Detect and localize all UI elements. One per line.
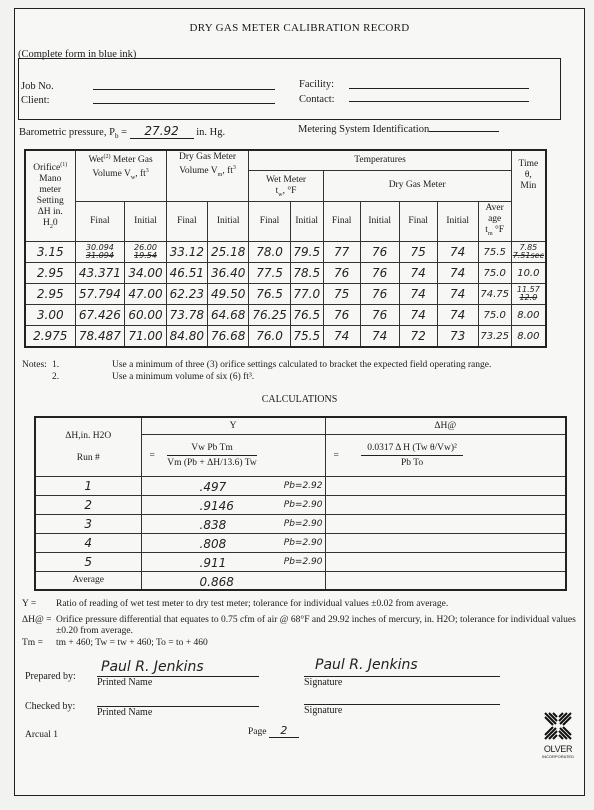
outlet-initial-cell[interactable]: 73 — [437, 326, 478, 347]
metering-system-field[interactable] — [429, 122, 499, 132]
inlet-final-cell[interactable]: 74 — [323, 326, 360, 347]
notes-label: Notes: — [22, 359, 52, 371]
y-value-cell[interactable]: .9146Pb=2.90 — [141, 495, 325, 514]
average-temp-cell[interactable]: 74.75 — [478, 284, 511, 305]
job-no-label: Job No. — [21, 81, 54, 92]
run-number-label: Run # — [36, 447, 141, 469]
y-value: .9146 — [200, 499, 234, 513]
outlet-final-cell[interactable]: 74 — [399, 305, 437, 326]
signature-caption: Signature — [304, 705, 342, 716]
run-number-cell: 2 — [35, 495, 141, 514]
metering-system-id: Metering System Identification — [298, 122, 499, 135]
delta-h-formula: = 0.0317 Δ H (Tw θ/Vw)²Pb To — [325, 434, 566, 476]
header-temperatures: Temperatures — [249, 150, 511, 170]
wet-temp-final-cell[interactable]: 76.25 — [249, 305, 290, 326]
equals-sign: = — [118, 127, 129, 138]
delta-h-label: ΔH,in. H2O — [36, 425, 141, 447]
wet-final-cell[interactable]: 67.426 — [75, 305, 125, 326]
definition-text: tm + 460; Tw = tw + 460; To = to + 460 — [56, 638, 208, 649]
delta-h-value-cell[interactable] — [325, 495, 566, 514]
header-dry-gas-meter-temp: Dry Gas Meter — [323, 170, 511, 202]
dry-final-cell[interactable]: 62.23 — [166, 284, 207, 305]
run-number-cell: 1 — [35, 476, 141, 495]
y-value: .497 — [200, 480, 227, 494]
header-wet-temp-final: Final — [249, 202, 290, 242]
header-wet-vol-initial: Initial — [125, 202, 166, 242]
y-value-cell[interactable]: .911Pb=2.90 — [141, 552, 325, 571]
header-wet-vol-final: Final — [75, 202, 125, 242]
y-value-cell[interactable]: .838Pb=2.90 — [141, 514, 325, 533]
orifice-cell[interactable]: 2.95 — [25, 284, 75, 305]
time-cell[interactable]: 8.00 — [511, 305, 546, 326]
struck-value: 12.0 — [513, 294, 544, 302]
dry-final-cell[interactable]: 46.51 — [166, 263, 207, 284]
orifice-cell[interactable]: 3.15 — [25, 242, 75, 263]
header-dry-meter-volume: Dry Gas MeterVolume Vm, ft3 — [166, 150, 249, 202]
logo-brand: OLVER — [538, 745, 578, 754]
inlet-final-cell[interactable]: 75 — [323, 284, 360, 305]
calc-row: 1 .497Pb=2.92 — [35, 476, 566, 495]
signature-caption: Signature — [304, 677, 342, 688]
equals-sign: = — [334, 450, 339, 460]
wet-final-cell[interactable]: 43.371 — [75, 263, 125, 284]
outlet-final-cell[interactable]: 72 — [399, 326, 437, 347]
pb-note: Pb=2.92 — [284, 481, 323, 491]
client-field[interactable] — [93, 103, 275, 104]
calc-row: 5 .911Pb=2.90 — [35, 552, 566, 571]
calc-average-row: Average 0.868 — [35, 571, 566, 590]
form-id: Arcual 1 — [25, 730, 58, 740]
definitions: Y =Ratio of reading of wet test meter to… — [22, 599, 584, 654]
wet-initial-cell[interactable]: 47.00 — [125, 284, 166, 305]
prepared-by-label: Prepared by: — [25, 671, 76, 682]
form-title: DRY GAS METER CALIBRATION RECORD — [15, 22, 584, 34]
average-y-cell[interactable]: 0.868 — [141, 571, 325, 590]
table-row: 3.00 67.426 60.00 73.78 64.68 76.25 76.5… — [25, 305, 546, 326]
y-formula-numerator: Vw Pb Tm — [167, 443, 257, 456]
time-cell[interactable]: 10.0 — [511, 263, 546, 284]
outlet-final-cell[interactable]: 74 — [399, 263, 437, 284]
header-time: Timeθ,Min — [511, 150, 546, 242]
outlet-initial-cell[interactable]: 74 — [437, 284, 478, 305]
wet-temp-final-cell[interactable]: 78.0 — [249, 242, 290, 263]
orifice-cell[interactable]: 2.95 — [25, 263, 75, 284]
inlet-final-cell[interactable]: 76 — [323, 263, 360, 284]
header-wet-meter-volume: Wet(2) Meter GasVolume Vw, ft3 — [75, 150, 166, 202]
notes-section: Notes:1.Use a minimum of three (3) orifi… — [22, 359, 491, 383]
delta-h-formula-numerator: 0.0317 Δ H (Tw θ/Vw)² — [361, 443, 463, 456]
y-formula-denominator: Vm (Pb + ΔH/13.6) Tw — [167, 456, 257, 468]
wet-temp-final-cell[interactable]: 76.5 — [249, 284, 290, 305]
average-temp-cell[interactable]: 75.0 — [478, 263, 511, 284]
printed-name-caption: Printed Name — [97, 707, 152, 718]
wet-final-cell[interactable]: 57.794 — [75, 284, 125, 305]
metering-system-label: Metering System Identification — [298, 124, 429, 135]
inlet-initial-cell[interactable]: 76 — [360, 284, 399, 305]
prepared-printed-name[interactable]: Paul R. Jenkins — [101, 659, 204, 675]
average-temp-cell[interactable]: 73.25 — [478, 326, 511, 347]
definition-text: Orifice pressure differential that equat… — [56, 615, 584, 637]
time-cell[interactable]: 7.857.51sec — [511, 242, 546, 263]
struck-value: 31.094 — [77, 252, 124, 260]
barometric-unit: in. Hg. — [196, 127, 225, 138]
inlet-initial-cell[interactable]: 76 — [360, 305, 399, 326]
wet-temp-final-cell[interactable]: 76.0 — [249, 326, 290, 347]
dry-initial-cell[interactable]: 64.68 — [208, 305, 249, 326]
wet-final-cell[interactable]: 78.487 — [75, 326, 125, 347]
header-dry-vol-initial: Initial — [208, 202, 249, 242]
time-cell[interactable]: 8.00 — [511, 326, 546, 347]
note-number: 2. — [52, 371, 112, 383]
note-text: Use a minimum of three (3) orifice setti… — [112, 360, 491, 370]
wet-initial-cell[interactable]: 71.00 — [125, 326, 166, 347]
inlet-final-cell[interactable]: 77 — [323, 242, 360, 263]
facility-field[interactable] — [349, 88, 529, 89]
header-inlet-initial: Initial — [360, 202, 399, 242]
y-formula: = Vw Pb TmVm (Pb + ΔH/13.6) Tw — [141, 434, 325, 476]
average-y-value: 0.868 — [200, 575, 234, 589]
inlet-initial-cell[interactable]: 74 — [360, 326, 399, 347]
outlet-initial-cell[interactable]: 74 — [437, 242, 478, 263]
wet-temp-initial-cell[interactable]: 76.5 — [290, 305, 323, 326]
header-dry-vol-final: Final — [166, 202, 207, 242]
header-orifice: Orifice(1)ManometerSettingΔH in.H20 — [25, 150, 75, 242]
barometric-label: Barometric pressure, P — [19, 127, 115, 138]
calibration-data-table: Orifice(1)ManometerSettingΔH in.H20 Wet(… — [24, 149, 547, 348]
pb-note: Pb=2.90 — [284, 519, 323, 529]
wet-final-cell[interactable]: 30.09431.094 — [75, 242, 125, 263]
note-text: Use a minimum volume of six (6) ft³. — [112, 372, 254, 382]
outlet-initial-cell[interactable]: 74 — [437, 263, 478, 284]
barometric-value[interactable]: 27.92 — [130, 124, 194, 139]
y-value: .911 — [200, 556, 227, 570]
header-run: ΔH,in. H2ORun # — [35, 417, 141, 476]
outlet-initial-cell[interactable]: 74 — [437, 305, 478, 326]
dry-final-cell[interactable]: 33.12 — [166, 242, 207, 263]
dry-initial-cell[interactable]: 36.40 — [208, 263, 249, 284]
definition-key: Tm = — [22, 638, 56, 649]
average-temp-cell[interactable]: 75.5 — [478, 242, 511, 263]
pb-note: Pb=2.90 — [284, 500, 323, 510]
header-inlet-final: Final — [323, 202, 360, 242]
calculations-title: CALCULATIONS — [15, 394, 584, 405]
time-cell[interactable]: 11.5712.0 — [511, 284, 546, 305]
inlet-initial-cell[interactable]: 76 — [360, 242, 399, 263]
wet-temp-initial-cell[interactable]: 78.5 — [290, 263, 323, 284]
olver-logo: OLVER INCORPORATED — [538, 712, 578, 759]
run-number-cell: 4 — [35, 533, 141, 552]
wet-initial-cell[interactable]: 60.00 — [125, 305, 166, 326]
delta-h-value-cell[interactable] — [325, 533, 566, 552]
run-number-cell: 5 — [35, 552, 141, 571]
contact-label: Contact: — [299, 94, 335, 105]
inlet-initial-cell[interactable]: 76 — [360, 263, 399, 284]
contact-field[interactable] — [349, 101, 529, 102]
outlet-final-cell[interactable]: 75 — [399, 242, 437, 263]
struck-value: 7.51sec — [513, 252, 544, 260]
delta-h-value-cell[interactable] — [325, 476, 566, 495]
delta-h-formula-denominator: Pb To — [361, 456, 463, 468]
header-y: Y — [141, 417, 325, 434]
run-number-cell: 3 — [35, 514, 141, 533]
y-value: .808 — [200, 537, 227, 551]
page-label: Page — [248, 727, 266, 737]
delta-h-value-cell[interactable] — [325, 514, 566, 533]
y-value-cell[interactable]: .808Pb=2.90 — [141, 533, 325, 552]
definition-key: Y = — [22, 599, 56, 610]
printed-name-caption: Printed Name — [97, 677, 152, 688]
calculations-table: ΔH,in. H2ORun # Y ΔH@ = Vw Pb TmVm (Pb +… — [34, 416, 567, 591]
note-number: 1. — [52, 359, 112, 371]
header-average: Averagetm °F — [478, 202, 511, 242]
calc-row: 4 .808Pb=2.90 — [35, 533, 566, 552]
header-wet-meter-temp: Wet Metertw, °F — [249, 170, 323, 202]
page-value[interactable]: 2 — [269, 724, 299, 738]
calibration-form: DRY GAS METER CALIBRATION RECORD (Comple… — [14, 8, 585, 796]
delta-h-value-cell[interactable] — [325, 552, 566, 571]
wet-temp-initial-cell[interactable]: 75.5 — [290, 326, 323, 347]
table-row: 2.95 57.794 47.00 62.23 49.50 76.5 77.0 … — [25, 284, 546, 305]
pb-note: Pb=2.90 — [284, 538, 323, 548]
job-info-box: Job No. Client: Facility: Contact: — [18, 58, 561, 120]
wet-temp-initial-cell[interactable]: 77.0 — [290, 284, 323, 305]
orifice-cell[interactable]: 2.975 — [25, 326, 75, 347]
inlet-final-cell[interactable]: 76 — [323, 305, 360, 326]
table-row: 3.15 30.09431.094 26.0019.54 33.12 25.18… — [25, 242, 546, 263]
header-outlet-initial: Initial — [437, 202, 478, 242]
barometric-pressure: Barometric pressure, Pb = 27.92 in. Hg. — [19, 124, 225, 140]
dry-initial-cell[interactable]: 25.18 — [208, 242, 249, 263]
calc-row: 3 .838Pb=2.90 — [35, 514, 566, 533]
wet-initial-cell[interactable]: 34.00 — [125, 263, 166, 284]
average-label: Average — [35, 571, 141, 590]
dry-initial-cell[interactable]: 76.68 — [208, 326, 249, 347]
orifice-cell[interactable]: 3.00 — [25, 305, 75, 326]
wet-initial-cell[interactable]: 26.0019.54 — [125, 242, 166, 263]
average-temp-cell[interactable]: 75.0 — [478, 305, 511, 326]
table-row: 2.975 78.487 71.00 84.80 76.68 76.0 75.5… — [25, 326, 546, 347]
definition-key: ΔH@ = — [22, 615, 56, 637]
struck-value: 19.54 — [126, 252, 164, 260]
prepared-signature[interactable]: Paul R. Jenkins — [315, 657, 418, 673]
header-wet-temp-initial: Initial — [290, 202, 323, 242]
logo-sub: INCORPORATED — [538, 754, 578, 759]
y-value-cell[interactable]: .497Pb=2.92 — [141, 476, 325, 495]
checked-by-label: Checked by: — [25, 701, 75, 712]
definition-text: Ratio of reading of wet test meter to dr… — [56, 599, 448, 610]
page-number: Page 2 — [248, 724, 299, 738]
wet-temp-final-cell[interactable]: 77.5 — [249, 263, 290, 284]
y-value: .838 — [200, 518, 227, 532]
table-row: 2.95 43.371 34.00 46.51 36.40 77.5 78.5 … — [25, 263, 546, 284]
outlet-final-cell[interactable]: 74 — [399, 284, 437, 305]
average-delta-h-cell[interactable] — [325, 571, 566, 590]
calc-row: 2 .9146Pb=2.90 — [35, 495, 566, 514]
job-no-field[interactable] — [93, 89, 275, 90]
olver-logo-icon — [544, 712, 572, 740]
pb-note: Pb=2.90 — [284, 557, 323, 567]
client-label: Client: — [21, 95, 50, 106]
facility-label: Facility: — [299, 79, 334, 90]
wet-temp-initial-cell[interactable]: 79.5 — [290, 242, 323, 263]
dry-final-cell[interactable]: 84.80 — [166, 326, 207, 347]
dry-final-cell[interactable]: 73.78 — [166, 305, 207, 326]
equals-sign: = — [150, 450, 155, 460]
dry-initial-cell[interactable]: 49.50 — [208, 284, 249, 305]
header-delta-h-at: ΔH@ — [325, 417, 566, 434]
header-outlet-final: Final — [399, 202, 437, 242]
